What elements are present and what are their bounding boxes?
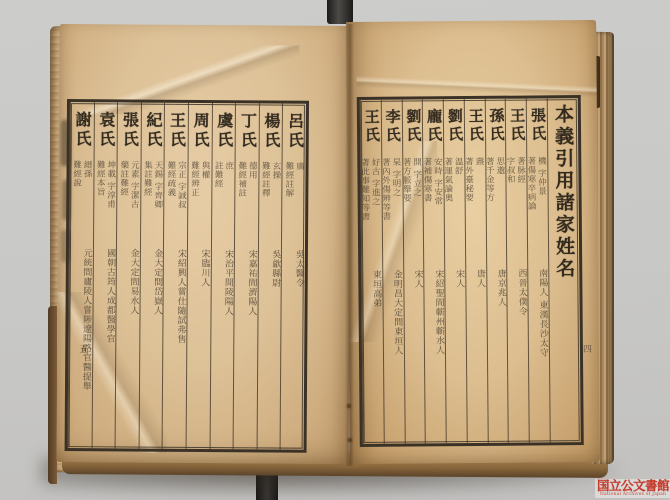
entry-notes: 坤載 字淳甫 難經本旨 [94,160,116,250]
entry-place-note: 金明昌大定間東垣人 [391,270,404,442]
entry-note-primary: 縉孫 [81,160,92,250]
entry-note-primary: 玄操 [270,161,281,251]
surname: 虞氏 [216,112,232,154]
entry-note-secondary: 著傷寒卒病論 [526,156,537,246]
entry-column: 王氏 好古 字進之 著此事難知等書 東垣高弟 [360,100,384,444]
entry-notes: 開 字立之 著方脈舉要 [401,157,422,247]
entry-note-primary: 開 字立之 [411,157,422,247]
entry-column: 紀氏 天錫 字齊卿 集註難經 金大定間岱嶽人 [138,103,164,449]
entry-notes: 杲 字明之 著內外傷辨等書 [381,158,402,248]
entry-notes: 機 字仲景 著傷寒卒病論 [526,156,547,246]
entry-column: 孫氏 思邈 著千金等方 唐京兆人 [484,99,508,443]
entry-notes: 宗正 字誠叔 難經疏義 [165,161,187,251]
right-page: 本義引用諸家姓名 張氏 機 字仲景 著傷寒卒病論 南陽人 東漢長沙太守 王氏 著… [346,20,600,464]
surname: 劉氏 [404,108,420,150]
section-header: 本義引用諸家姓名 [547,98,581,442]
folio-number-left: 五 [79,342,88,355]
entry-note-secondary: 著運氣論奧 [443,157,454,247]
entry-place-note: 金大定間岱嶽人 [150,249,162,447]
entry-place-note: 宋紹聖間蘄州蘄水人 [432,269,445,441]
folio-number-right: 四 [583,342,592,355]
stamp-english-text: National Archives of Japan [597,492,669,497]
entry-note-secondary: 著內外傷辨等書 [381,158,392,248]
entry-note-primary: 著脉經 [515,157,526,247]
surname: 丁氏 [239,112,255,154]
entry-column: 謝氏 縉孫 難經說 元統間廬陵人嘗陟遼陽路官醫提舉 [68,102,94,448]
ink-bleed-mark [61,120,71,166]
entry-note-secondary: 字叔和 [505,157,516,247]
entry-note-secondary: 著補傷寒書 [422,157,433,247]
entry-column: 王氏 燾 著外臺秘要 唐人 [464,99,488,443]
entry-place-note: 南陽人 東漢長沙太守 [536,268,549,440]
entry-notes: 德用 難經補註 [236,161,258,251]
entry-note-primary: 温舒 [453,157,464,247]
entry-note-secondary: 著方脈舉要 [401,158,412,248]
surname: 劉氏 [446,108,462,150]
entry-place-note: 宋臨川人 [197,249,209,447]
entry-note-secondary: 藥註難經 [118,160,129,250]
entry-note-primary: 思邈 [494,157,505,247]
surname: 楊氏 [263,112,279,154]
entry-note-secondary: 著千金等方 [484,157,495,247]
entry-note-secondary: 集註難經 [141,161,152,251]
entry-note-secondary: 著此事難知等書 [360,158,371,248]
surname: 王氏 [168,112,184,154]
entry-notes: 著脉經 字叔和 [505,157,526,247]
entry-note-secondary: 難經註釋 [259,161,270,251]
right-page-text-frame: 本義引用諸家姓名 張氏 機 字仲景 著傷寒卒病論 南陽人 東漢長沙太守 王氏 著… [357,95,584,447]
entry-note-primary: 機 字仲景 [536,156,547,246]
entry-notes: 思邈 著千金等方 [484,157,505,247]
entry-place-note: 金大定間易水人 [126,248,138,446]
entry-place-note: 宋人 [412,269,425,441]
entry-notes: 廣 難經註解 [283,162,305,252]
open-book: 呂氏 廣 難經註解 吳太醫令 楊氏 玄操 難經註釋 吳歙縣尉 丁氏 德用 難經補… [48,16,614,482]
surname: 王氏 [467,108,483,150]
entry-note-primary: 坤載 字淳甫 [105,160,116,250]
entry-note-primary: 燾 [473,157,484,247]
entry-column: 丁氏 德用 難經補註 宋嘉祐間濟陽人 [233,103,259,449]
entry-note-secondary: 難經疏義 [165,161,176,251]
entry-note-primary: 廣 [293,162,304,252]
entry-note-primary: 安時 字安常 [432,157,443,247]
entry-notes: 安時 字安常 著補傷寒書 [422,157,443,247]
entry-note-secondary: 難經辨正 [189,161,200,251]
entry-column: 楊氏 玄操 難經註釋 吳歙縣尉 [256,103,282,449]
entry-column: 王氏 宗正 字誠叔 難經疏義 宋紹興人嘗仕隨試弗售 [162,103,188,449]
surname: 王氏 [508,108,524,150]
entry-column: 李氏 杲 字明之 著內外傷辨等書 金明昌大定間東垣人 [381,100,405,444]
entry-place-note: 宋嘉祐間濟陽人 [244,249,256,447]
center-fold-shadow [345,24,354,466]
entry-place-note: 西晉太僕令 [515,269,528,441]
entry-column: 王氏 著脉經 字叔和 西晉太僕令 [505,99,529,443]
entry-place-note: 吳太醫令 [292,250,304,448]
binding-stitch-hole [347,404,351,408]
left-page: 呂氏 廣 難經註解 吳太醫令 楊氏 玄操 難經註釋 吳歙縣尉 丁氏 德用 難經補… [56,24,351,464]
surname: 王氏 [363,109,379,151]
entry-place-note: 吳歙縣尉 [268,249,280,447]
entry-column: 袁氏 坤載 字淳甫 難經本旨 國朝古筠人成都醫學官 [91,102,117,448]
entry-column: 張氏 機 字仲景 著傷寒卒病論 南陽人 東漢長沙太守 [526,98,550,442]
archive-stamp: 国立公文書館 National Archives of Japan [595,479,670,498]
surname: 周氏 [192,112,208,154]
entry-place-note: 東垣高弟 [370,270,383,442]
entry-place-note: 宋治平間陵陽人 [221,249,233,447]
entry-notes: 玄操 難經註釋 [259,161,281,251]
surname: 孫氏 [487,108,503,150]
entry-column: 周氏 與權 難經辨正 宋臨川人 [186,103,212,449]
surname: 龐氏 [425,108,441,150]
entry-notes: 元素 字潔古 藥註難經 [118,160,140,250]
entry-place-note: 宋人 [453,269,466,441]
surname: 袁氏 [98,111,114,153]
entry-notes: 好古 字進之 著此事難知等書 [360,158,381,248]
entry-notes: 縉孫 難經說 [71,160,93,250]
entry-column: 張氏 元素 字潔古 藥註難經 金大定間易水人 [115,102,141,448]
entry-note-secondary: 著外臺秘要 [464,157,475,247]
entry-place-note: 唐京兆人 [495,269,508,441]
entry-note-secondary: 難經說 [71,160,82,250]
entry-notes: 燾 著外臺秘要 [464,157,485,247]
entry-place-note: 唐人 [474,269,487,441]
photograph-background: 呂氏 廣 難經註解 吳太醫令 楊氏 玄操 難經註釋 吳歙縣尉 丁氏 德用 難經補… [0,0,670,500]
entry-column: 劉氏 温舒 著運氣論奧 宋人 [443,99,467,443]
surname: 張氏 [121,111,137,153]
entry-notes: 與權 難經辨正 [189,161,211,251]
entry-column: 呂氏 廣 難經註解 吳太醫令 [280,104,306,450]
entry-column: 龐氏 安時 字安常 著補傷寒書 宋紹聖間蘄州蘄水人 [422,99,446,443]
entry-column: 虞氏 庶 註難經 宋治平間陵陽人 [209,103,235,449]
entry-note-primary: 元素 字潔古 [128,160,139,250]
stamp-japanese-text: 国立公文書館 [597,479,669,492]
entry-note-primary: 好古 字進之 [370,158,381,248]
entry-note-primary: 與權 [199,161,210,251]
entry-note-primary: 天錫 字齊卿 [152,161,163,251]
entry-note-secondary: 註難經 [212,161,223,251]
surname: 呂氏 [286,113,302,155]
ink-bleed-mark [61,230,70,262]
entry-notes: 庶 註難經 [212,161,234,251]
entry-note-primary: 庶 [223,161,234,251]
entry-note-primary: 杲 字明之 [390,158,401,248]
surname: 紀氏 [145,112,161,154]
ink-bleed-mark [62,180,70,220]
left-page-text-frame: 呂氏 廣 難經註解 吳太醫令 楊氏 玄操 難經註釋 吳歙縣尉 丁氏 德用 難經補… [65,99,309,453]
entry-column: 劉氏 開 字立之 著方脈舉要 宋人 [401,99,425,443]
binding-stitch-hole [348,438,352,442]
entry-notes: 天錫 字齊卿 集註難經 [141,161,163,251]
entry-note-secondary: 難經補註 [236,161,247,251]
entry-place-note: 國朝古筠人成都醫學官 [103,248,115,446]
surname: 李氏 [383,109,399,151]
entry-place-note: 宋紹興人嘗仕隨試弗售 [174,249,186,447]
entry-note-primary: 德用 [246,161,257,251]
entry-notes: 温舒 著運氣論奧 [443,157,464,247]
entry-note-secondary: 難經註解 [283,162,294,252]
entry-note-secondary: 難經本旨 [94,160,105,250]
entry-note-primary: 宗正 字誠叔 [175,161,186,251]
surname: 張氏 [529,107,545,149]
surname: 謝氏 [74,111,90,153]
